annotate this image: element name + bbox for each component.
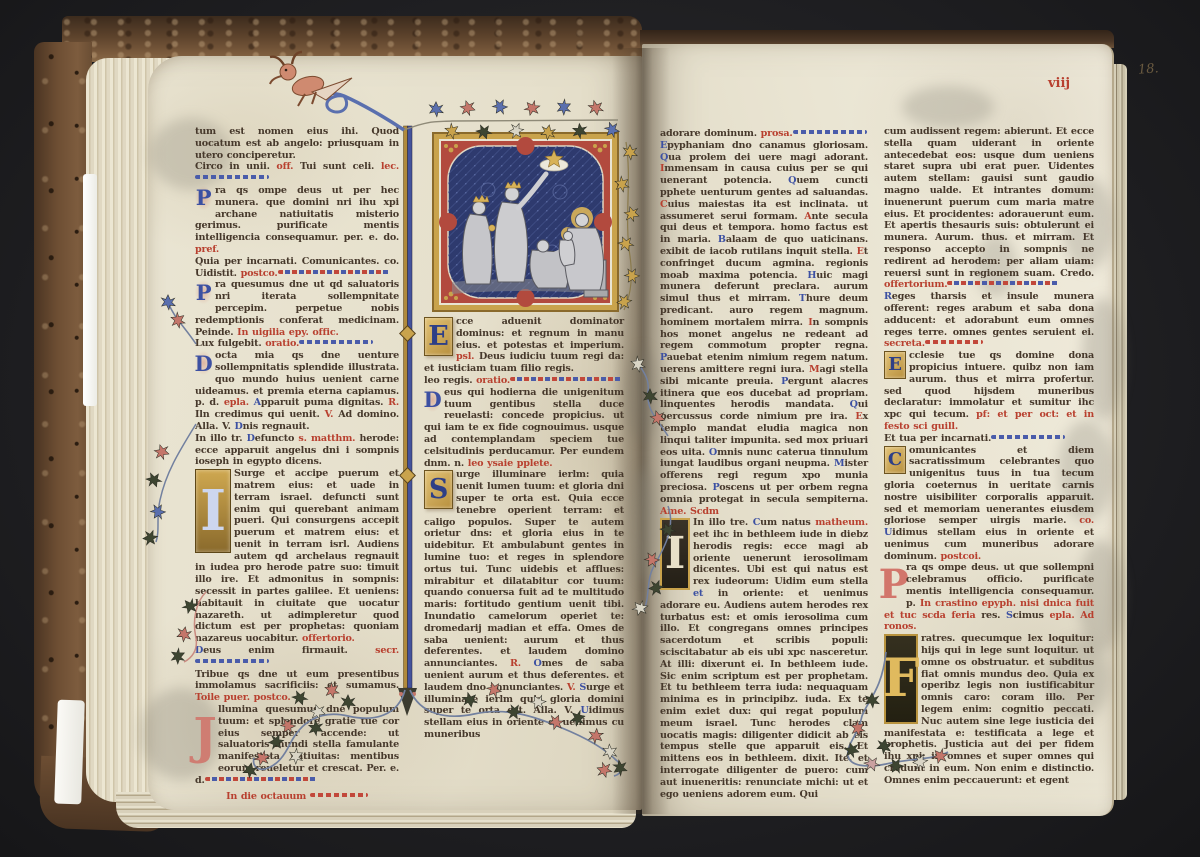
manuscript-photograph: tum est nomen eius ihi. Quod uocatum est… [0, 0, 1200, 857]
text-run: Comunicantes. co. [302, 256, 399, 267]
text-run: res. [981, 610, 1006, 621]
line-filler-ornament [278, 270, 390, 274]
rubric-run: R. [388, 397, 399, 408]
illuminated-initial: J [195, 705, 215, 767]
line-filler-ornament [991, 435, 1065, 439]
quire-mark: viij [1048, 76, 1070, 91]
text-block: tum est nomen eius ihi. Quod uocatum est… [195, 126, 399, 161]
rubric-run: E [857, 246, 864, 257]
text-run: eet ihc in bethleem iude in diebz herodi… [693, 529, 868, 587]
text-run: ua prolem dei uere magi adorant. [668, 152, 868, 163]
text-run: efuncto [255, 433, 299, 444]
blue-initial-run: S [1006, 610, 1013, 621]
text-block: Pra quesumus dne ut qd saluatoris nri it… [195, 279, 399, 338]
text-run: omunicantes et diem sacratissimum celebr… [884, 445, 1094, 527]
illuminated-initial: I [660, 518, 690, 590]
text-block: Reges tharsis et insule munera offerent:… [884, 291, 1094, 350]
text-run: pyphaniam dno canamus gloriosam. [667, 140, 868, 151]
text-run: eus qui hodierna die unigenitum tuum gen… [424, 387, 624, 469]
rubric-run: oratio. [476, 375, 510, 386]
text-run: Credo. [1060, 268, 1094, 279]
text-run: Tui sunt celi. [300, 161, 381, 172]
text-block: ISurge et accipe puerum et matrem eius: … [195, 468, 399, 645]
text-block: Docta mia qs dne uenture sollempnitatis … [195, 350, 399, 433]
text-run: Lux fulgebit. [195, 338, 265, 349]
blue-initial-run: O [709, 447, 717, 458]
text-run: cum audissent regem: abierunt. Et ecce s… [884, 126, 1094, 279]
blue-initial-run: A [254, 397, 261, 408]
text-run: tum est nomen eius ihi. Quod uocatum est… [195, 126, 399, 161]
text-run: leo regis. [424, 375, 476, 386]
blue-initial-run: Q [660, 152, 668, 163]
damp-stain [626, 348, 658, 440]
blue-initial-run: H [807, 270, 816, 281]
text-run: ra qs ompe deus ut per hec munera. que d… [195, 185, 399, 243]
illuminated-initial: P [195, 280, 212, 304]
line-filler-ornament [195, 175, 269, 179]
blue-initial-run: P [660, 352, 667, 363]
text-block: Fratres. quecumque lex loquitur: hijs qu… [884, 633, 1094, 786]
text-run: Tribue qs dne ut eum presentibus immolam… [195, 669, 399, 692]
blue-initial-run: R [884, 291, 892, 302]
line-filler-ornament [510, 377, 622, 381]
text-block: Comunicantes et diem sacratissimum celeb… [884, 445, 1094, 563]
text-run: Uidistit. [195, 268, 241, 279]
blue-initial-run: T [799, 293, 806, 304]
text-block: Pra qs ompe deus. ut que sollempni celeb… [884, 562, 1094, 633]
rubric-run: Toile puer. [195, 692, 254, 703]
line-filler-ornament [310, 793, 368, 797]
rubric-run: In uigilia epy. offic. [237, 327, 338, 338]
blue-initial-run: et [693, 588, 718, 599]
illuminated-initial: I [195, 469, 231, 553]
blue-initial-run: B [718, 234, 726, 245]
text-block: Et tua per incarnati. [884, 433, 1094, 445]
text-run: Deus iudiciu tuum regi da: et iusticiam … [424, 351, 624, 374]
line-filler-ornament [299, 340, 373, 344]
text-run: Iln credimus qui uenit. [195, 409, 325, 420]
line-filler-ornament [205, 777, 317, 781]
folio-number: 18. [1138, 61, 1160, 77]
text-block: cum audissent regem: abierunt. Et ecce s… [884, 126, 1094, 291]
rubric-run: leo ysaie pplete. [468, 458, 553, 469]
text-block: Quia per incarnati. Comunicantes. co. Ui… [195, 256, 399, 280]
text-run: cce aduenit dominator dominus: et regnum… [456, 316, 624, 351]
blue-initial-run: O [534, 658, 542, 669]
parchment-bookmark-tab-lower [54, 700, 85, 805]
rubric-run: Ame. [660, 506, 690, 517]
text-run: um natus [760, 517, 815, 528]
text-run: In illo tre. [693, 517, 753, 528]
rubric-run: oratio. [265, 338, 299, 349]
text-run: Et tua per incarnati. [884, 433, 991, 444]
blue-initial-run: D [247, 433, 255, 444]
rubric-run: off. [276, 161, 300, 172]
blue-initial-run: U [884, 527, 892, 538]
illuminated-initial: P [195, 186, 212, 210]
text-block: Deus enim firmauit. secr. [195, 645, 399, 669]
parchment-bookmark-tab-upper [83, 174, 97, 406]
miniature-painting [432, 132, 619, 312]
text-block: In die octauum [195, 791, 399, 803]
rubric-run: postcoi. [940, 551, 981, 562]
text-run: urge illuminare ierlm: quia uenit lumen … [424, 469, 624, 669]
blue-initial-run: D [195, 645, 203, 656]
text-block: Surge illuminare ierlm: quia uenit lumen… [424, 469, 624, 740]
left-page-column-1: tum est nomen eius ihi. Quod uocatum est… [195, 126, 399, 802]
rubric-run: V. [567, 682, 579, 693]
text-run: in oriente: et uenimus adorare eu. Audie… [660, 588, 868, 800]
text-run: cimus [1013, 610, 1050, 621]
text-run: pparuit puma dignitas. [261, 397, 388, 408]
damp-stain [902, 86, 994, 128]
illuminated-initial: P [884, 563, 903, 607]
rubric-run: M [809, 364, 819, 375]
illuminated-initial: E [424, 317, 453, 356]
blue-initial-run: Q [850, 399, 858, 410]
rubric-run: psl. [456, 351, 479, 362]
text-block: Ecce aduenit dominator dominus: et regnu… [424, 316, 624, 375]
rubric-run: R. [510, 658, 533, 669]
text-block: Circo in unii. off. Tui sunt celi. lec. [195, 161, 399, 185]
text-block: Pra qs ompe deus ut per hec munera. que … [195, 185, 399, 256]
rubric-run: postco. [254, 692, 291, 703]
illuminated-initial: E [884, 351, 906, 379]
rubric-run: offertorium. [884, 279, 947, 290]
blue-initial-run: M [834, 458, 844, 469]
illuminated-initial: C [884, 446, 906, 474]
rubric-run: secreta. [884, 338, 925, 349]
rubric-run: matheum. [815, 517, 868, 528]
text-run: idimus stellam eius in oriente et uenimu… [884, 527, 1094, 562]
illuminated-initial: F [884, 634, 918, 724]
text-block: Lux fulgebit. oratio. [195, 338, 399, 350]
line-filler-ornament [793, 130, 867, 134]
text-run: eus enim firmauit. [203, 645, 375, 656]
right-page-column-1: adorare dominum. prosa.Epyphaniam dno ca… [660, 128, 868, 800]
blue-initial-run: U [581, 705, 589, 716]
text-block: Epyphaniam dno canamus gloriosam. Qua pr… [660, 140, 868, 518]
rubric-run: pref. [195, 244, 219, 255]
rubric-run: s. matthm. [298, 433, 359, 444]
text-run: eges tharsis et insule munera offerent: … [884, 291, 1094, 337]
rubric-run: lec. [381, 161, 399, 172]
text-block: leo regis. oratio. [424, 375, 624, 387]
damp-stain [630, 468, 658, 580]
text-block: Deus qui hodierna die unigenitum tuum ge… [424, 387, 624, 470]
line-filler-ornament [925, 340, 983, 344]
rubric-run: prosa. [761, 128, 793, 139]
blue-initial-run: D [234, 421, 242, 432]
illuminated-initial: S [424, 470, 453, 509]
text-block: Tribue qs dne ut eum presentibus immolam… [195, 669, 399, 704]
text-run: Circo in unii. [195, 161, 276, 172]
text-run: nis regnauit. [243, 421, 310, 432]
rubric-run: offertorio. [302, 633, 355, 644]
text-block: IIn illo tre. Cum natus matheum. eet ihc… [660, 517, 868, 800]
illuminated-initial: D [424, 388, 441, 412]
text-run: In illo tr. [195, 433, 247, 444]
miniature-adoration-of-the-magi [432, 132, 619, 312]
text-run: Quia per incarnati. [195, 256, 302, 267]
rubric-run: co. [1079, 515, 1094, 526]
rubric-run: postco. [241, 268, 278, 279]
book-left-board [34, 42, 92, 806]
rubric-run: secr. [375, 645, 399, 656]
rubric-run: V. [325, 409, 339, 420]
rubric-run: Scdm [690, 506, 719, 517]
blue-initial-run: P [781, 376, 788, 387]
text-block: Jllumina quesumus dne populum tuum: et s… [195, 704, 399, 787]
page-edges-right [1114, 64, 1127, 800]
rubric-run: epla. [224, 397, 254, 408]
text-block: In illo tr. Defuncto s. matthm. herode: … [195, 433, 399, 468]
line-filler-ornament [947, 281, 1059, 285]
text-block: Ecclesie tue qs domine dona propicius in… [884, 350, 1094, 433]
text-run: adorare dominum. [660, 128, 761, 139]
left-page-column-2: Ecce aduenit dominator dominus: et regnu… [424, 316, 624, 741]
right-page-column-2: cum audissent regem: abierunt. Et ecce s… [884, 126, 1094, 787]
rubric-run: In die octauum [226, 791, 310, 802]
illuminated-initial: D [195, 351, 212, 375]
text-block: adorare dominum. prosa. [660, 128, 868, 140]
line-filler-ornament [195, 659, 269, 663]
